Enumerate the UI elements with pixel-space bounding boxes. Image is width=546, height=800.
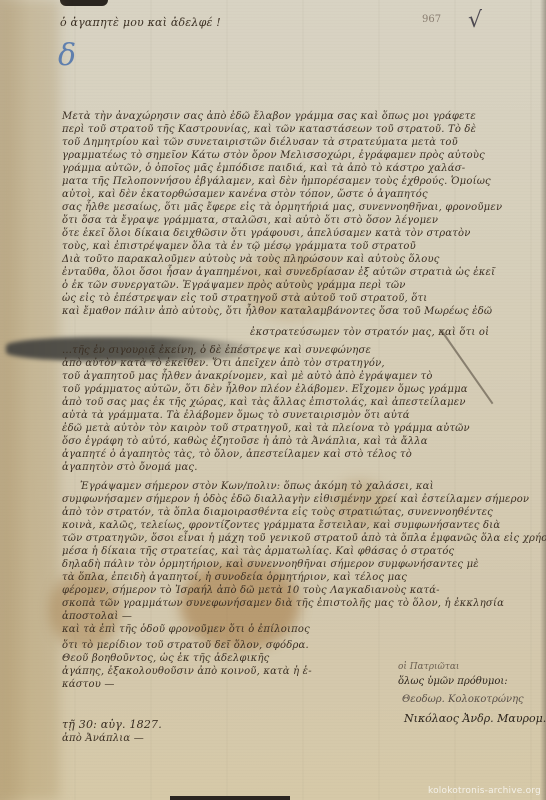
- body-line: συμφωνήσαμεν σήμερον ἡ ὁδὸς ἐδῶ διαλλαγὴ…: [62, 494, 529, 505]
- body-line: ὅσο ἐγράφη τὸ αὐτό, καθὼς ἐζητοῦσε ἡ ἀπὸ…: [62, 436, 428, 447]
- body-line: ...τῆς ἐν σιγουριᾷ ἐκείνη, ὁ δὲ ἐπέστρεψ…: [62, 345, 371, 356]
- archive-watermark: kolokotronis-archive.org: [428, 786, 541, 796]
- body-line: τὰ ὅπλα, ἐπειδὴ ἀγαπητοί, ἡ συνοδεία ὁρμ…: [62, 572, 407, 583]
- body-line: καὶ ἔμαθον πάλιν ἀπὸ αὐτοὺς, ὅτι ἦλθον κ…: [62, 306, 492, 317]
- body-line: ἀγαπητὸν στὸ ὄνομά μας.: [62, 462, 198, 473]
- body-line: ὅτι ὅσα τὰ ἔγραψε γράμματα, σταλῶσι, καὶ…: [62, 215, 438, 226]
- body-line: τῶν στρατηγῶν, ὅσοι εἶναι ἡ μάχη τοῦ γεν…: [62, 533, 546, 544]
- body-line: Ἐγράψαμεν σήμερον στὸν Κων/πολιν: ὅπως ἀ…: [80, 481, 434, 492]
- body-line: δηλαδὴ πάλιν τὸν ὁρμητήριον, καὶ συνεννο…: [62, 559, 479, 570]
- heading: ὁ ἀγαπητὲ μου καὶ ἀδελφέ !: [60, 16, 221, 29]
- body-line: τοῦ γράμματος αὐτῶν, ὅτι δὲν ἦλθον πλέον…: [62, 384, 468, 395]
- manuscript-page: ὁ ἀγαπητὲ μου καὶ ἀδελφέ ! 967 √ δ Μετὰ …: [0, 0, 546, 800]
- body-line: τοῦ ἀγαπητοῦ μας ἦλθεν ἀνακρίνομεν, καὶ …: [62, 371, 433, 382]
- body-line: περὶ τοῦ στρατοῦ τῆς Καστρουνίας, καὶ τῶ…: [62, 124, 476, 135]
- body-line: ὅτε ἐκεῖ ὅλοι δίκαια δειχθῶσιν ὅτι γράφο…: [62, 228, 471, 239]
- body-line: ὅτι τὸ μερίδιον τοῦ στρατοῦ δεῖ ὅλον, σφ…: [62, 640, 309, 651]
- page-edge-shadow: [540, 0, 546, 800]
- body-line: ὁ ἐκ τῶν συνεργατῶν. Ἐγράψαμεν πρὸς αὐτο…: [62, 280, 406, 291]
- body-line: σκοπὰ τῶν γραμμάτων συνεφωνήσαμεν διὰ τῆ…: [62, 598, 504, 609]
- body-line: κοινὰ, καλῶς, τελείως, φροντίζοντες γράμ…: [62, 520, 500, 531]
- folio-number: 967: [422, 14, 441, 25]
- scan-edge-shadow: [60, 0, 108, 6]
- body-line: Διὰ τοῦτο παρακαλοῦμεν αὐτοὺς νὰ τοὺς πλ…: [62, 254, 440, 265]
- water-stain: [0, 0, 60, 800]
- body-line: Μετὰ τὴν ἀναχώρησιν σας ἀπὸ ἐδῶ ἔλαβον γ…: [62, 111, 476, 122]
- body-line: ματα τῆς Πελοποννήσου ἐβγάλαμεν, καὶ δὲν…: [62, 176, 491, 187]
- body-line: γράμμα αὐτῶν, ὁ ὁποῖος μᾶς ἐμπόδισε παιδ…: [62, 163, 465, 174]
- body-line: τοῦ Δημητρίου καὶ τῶν συνεταιριστῶν διέλ…: [62, 137, 458, 148]
- scan-edge-shadow: [170, 796, 290, 800]
- body-line: ἀγάπης, ἐξακολουθοῦσιν ἀπὸ κοινοῦ, κατὰ …: [62, 666, 312, 677]
- body-line: ἐκστρατεύσωμεν τὸν στρατόν μας, καὶ ὅτι …: [250, 327, 489, 338]
- body-line: αὐτὰ τὰ γράμματα. Τὰ ἐλάβομεν ὅμως τὸ συ…: [62, 410, 410, 421]
- signature-name-2: Νικόλαος Ἀνδρ. Μαυρομ.: [404, 712, 546, 725]
- body-line: φέρομεν, σήμερον τὸ Ἰσραήλ ἀπὸ δῶ μετὰ 1…: [62, 585, 440, 596]
- signature-name-1: Θεοδωρ. Κολοκοτρώνης: [402, 694, 524, 705]
- blue-pencil-mark: δ: [58, 38, 76, 73]
- body-line: Θεοῦ βοηθοῦντος, ὡς ἐκ τῆς ἀδελφικῆς: [62, 653, 269, 664]
- body-line: ἀγαπητέ ὁ ἀγαπητὸς τὰς, τὸ ὅλον, ἀπεστεί…: [62, 449, 412, 460]
- body-line: ἐνταῦθα, ὅλοι ὅσοι ἦσαν ἀγαπημένοι, καὶ …: [62, 267, 495, 278]
- body-line: ἀπὸ τοῦ σας μας ἐκ τῆς χώρας, καὶ τὰς ἄλ…: [62, 397, 466, 408]
- body-line: μέσα ἡ δίκαια τῆς στρατείας, καὶ τὰς ἀρμ…: [62, 546, 454, 557]
- body-line: ἀποστολαὶ —: [62, 611, 132, 622]
- body-line: κάστου —: [62, 679, 115, 690]
- body-line: αὐτοὶ, καὶ δὲν ἐκατορθώσαμεν κανένα στὸν…: [62, 189, 428, 200]
- body-line: γραμματέως τὸ σημεῖον Κάτω στὸν ὅρον Μελ…: [62, 150, 485, 161]
- place-line: ἀπὸ Ἀνάπλια —: [62, 733, 144, 744]
- body-line: σας ἦλθε μεσαίως, ὅτι μᾶς ἔφερε εἰς τὰ ὁ…: [62, 202, 502, 213]
- signature-closing: ὅλως ὑμῶν πρόθυμοι:: [398, 676, 508, 687]
- date-line: τῇ 30: αὐγ. 1827.: [62, 718, 162, 731]
- body-line: καὶ τὰ ἐπὶ τῆς ὁδοῦ φρονοῦμεν ὅτι ὁ ἐπίλ…: [62, 624, 310, 635]
- body-line: ἀπὸ τὸν στρατόν, τὰ ὅπλα διαμοιρασθέντα …: [62, 507, 493, 518]
- body-line: τοὺς, καὶ ἐπιστρέψαμεν ὅλα τὰ ἐν τῷ μέσῳ…: [62, 241, 416, 252]
- body-line: ἐδῶ μετὰ αὐτὸν τὸν καιρὸν τοῦ στρατηγοῦ,…: [62, 423, 470, 434]
- check-mark-icon: √: [468, 8, 482, 33]
- signature-salutation: οἱ Πατριῶται: [398, 662, 459, 672]
- body-line: ὡς εἰς τὸ ἐπέστρεψαν εἰς τοῦ στρατηγοῦ σ…: [62, 293, 427, 304]
- body-line: ἀπὸ αὐτὸν κατὰ τὸ ἐκεῖθεν. Ὅτι ἀπεῖχεν ἀ…: [62, 358, 385, 369]
